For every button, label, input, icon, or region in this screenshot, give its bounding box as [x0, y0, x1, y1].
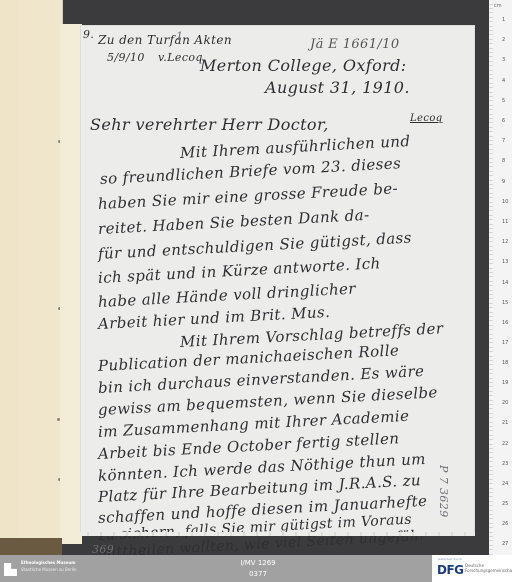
page-marker: 1 [176, 30, 183, 43]
ruler-tick: 12 [502, 239, 508, 245]
ruler-tick: 10 [502, 199, 508, 205]
ruler-tick: 27 [502, 541, 508, 547]
ruler-tick: 19 [502, 380, 508, 386]
archive-note: Zu den Turfan Akten [98, 33, 232, 47]
ruler-tick: 18 [502, 360, 508, 366]
salutation: Sehr verehrter Herr Doctor, [90, 115, 329, 134]
folder-bottom-edge [0, 538, 62, 555]
page-number-note: 9. [83, 28, 94, 41]
letter-date: August 31, 1910. [265, 78, 410, 97]
ruler-tick: 15 [502, 300, 508, 306]
shelfmark: I/MV 1269 [230, 558, 286, 569]
ruler-tick: 23 [502, 461, 508, 467]
folder-back-sheet [0, 0, 20, 555]
ruler-tick: 22 [502, 441, 508, 447]
folder-front-sheet [60, 24, 82, 544]
salutation-mark: Lecoq [410, 113, 443, 124]
funder-caption: Gefördert durch [438, 557, 462, 561]
ruler-unit-label: cm [494, 3, 502, 9]
signature-note: v.Lecoq [158, 51, 203, 64]
letter-page: 9. Zu den Turfan Akten 5/9/10 v.Lecoq 1 … [80, 25, 475, 533]
ruler-tick: 7 [502, 138, 505, 144]
cm-ruler [489, 0, 512, 555]
funder-name: Deutsche Forschungsgemeinschaft [465, 563, 512, 573]
ruler-tick: 17 [502, 340, 508, 346]
reference-number: Jä E 1661/10 [310, 37, 400, 52]
ruler-tick: 26 [502, 521, 508, 527]
ruler-tick: 16 [502, 320, 508, 326]
ruler-tick: 4 [502, 78, 505, 84]
dfg-logo-icon: DFG [437, 563, 464, 577]
date-note: 5/9/10 [107, 51, 145, 64]
museum-name: Ethnologisches Museum [21, 560, 75, 565]
ruler-tick: 8 [502, 158, 505, 164]
inventory-number-vertical: P 7 3629 [437, 465, 450, 518]
shelfmark-block: I/MV 1269 0377 [230, 558, 286, 580]
ruler-tick: 24 [502, 481, 508, 487]
museum-subtitle: Staatliche Museen zu Berlin [21, 567, 77, 572]
ruler-tick: 21 [502, 420, 508, 426]
footer-bar: Ethnologisches Museum Staatliche Museen … [0, 555, 512, 582]
folder-sheet [18, 0, 63, 540]
ruler-tick: 14 [502, 280, 508, 286]
ruler-tick: 13 [502, 259, 508, 265]
ruler-tick: 2 [502, 37, 505, 43]
ruler-tick: 5 [502, 98, 505, 104]
ruler-tick: 1 [502, 17, 505, 23]
ruler-tick: 11 [502, 219, 508, 225]
funder-panel: Gefördert durch DFG Deutsche Forschungsg… [432, 555, 512, 582]
ruler-tick: 25 [502, 501, 508, 507]
museum-logo-icon [4, 563, 17, 576]
sender-address: Merton College, Oxford: [200, 56, 407, 75]
image-number: 0377 [230, 569, 286, 580]
funder-name-line2: Forschungsgemeinschaft [465, 568, 512, 573]
ruler-tick: 20 [502, 400, 508, 406]
ruler-tick: 9 [502, 179, 505, 185]
ruler-tick: 3 [502, 57, 505, 63]
ruler-tick: 6 [502, 118, 505, 124]
